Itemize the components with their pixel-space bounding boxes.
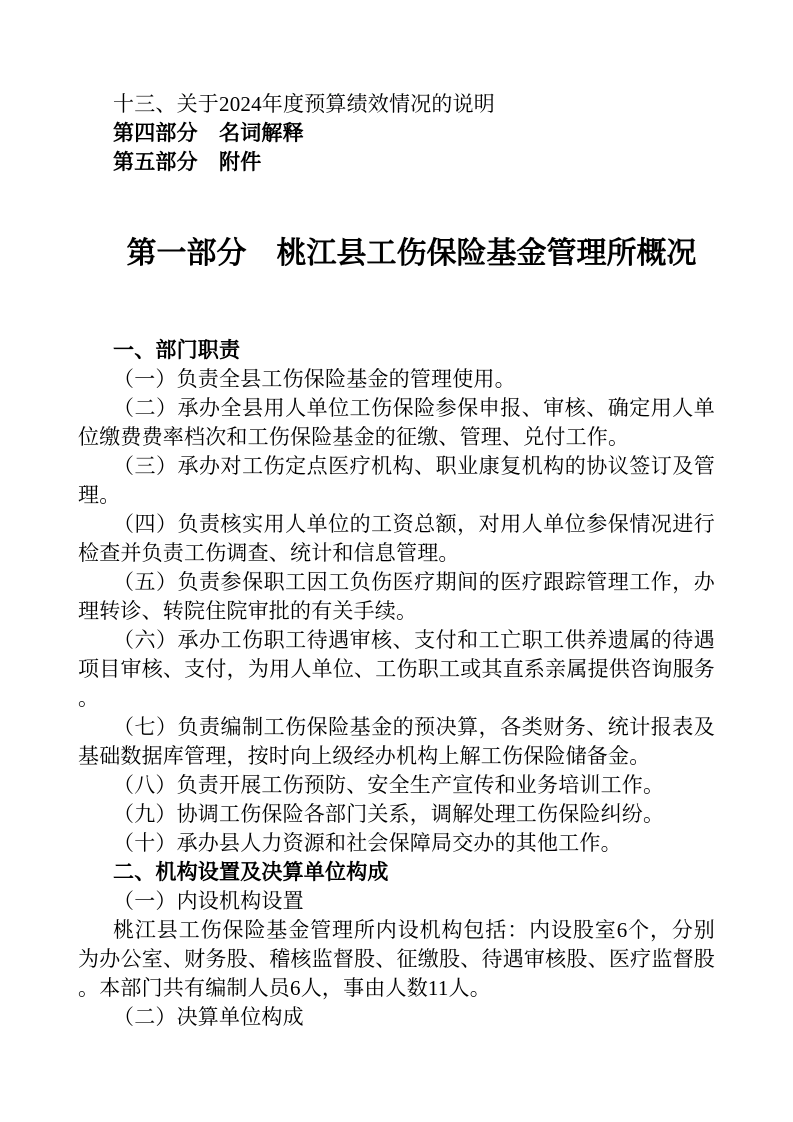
text-line: （七）负责编制工伤保险基金的预决算，各类财务、统计报表及 (78, 713, 715, 742)
text-line: 基础数据库管理，按时向上级经办机构上解工伤保险储备金。 (78, 742, 715, 771)
text-line: （二）决算单位构成 (78, 1003, 715, 1032)
text-line: （一）内设机构设置 (78, 887, 715, 916)
text-line: 项目审核、支付，为用人单位、工伤职工或其直系亲属提供咨询服务 (78, 655, 715, 684)
text-line: 。本部门共有编制人员6人，事由人数11人。 (78, 974, 715, 1003)
text-line: 二、机构设置及决算单位构成 (78, 858, 715, 887)
text-line: 。 (78, 684, 715, 713)
body-text-block: 一、部门职责（一）负责全县工伤保险基金的管理使用。（二）承办全县用人单位工伤保险… (78, 336, 715, 1032)
text-line: （六）承办工伤职工待遇审核、支付和工亡职工供养遗属的待遇 (78, 626, 715, 655)
text-line: 理。 (78, 481, 715, 510)
text-line: （一）负责全县工伤保险基金的管理使用。 (78, 365, 715, 394)
text-line: （八）负责开展工伤预防、安全生产宣传和业务培训工作。 (78, 771, 715, 800)
text-line: （四）负责核实用人单位的工资总额，对用人单位参保情况进行 (78, 510, 715, 539)
toc-tail-block: 十三、关于2024年度预算绩效情况的说明第四部分 名词解释第五部分 附件 (78, 0, 715, 177)
text-line: （三）承办对工伤定点医疗机构、职业康复机构的协议签订及管 (78, 452, 715, 481)
text-line: （九）协调工伤保险各部门关系，调解处理工伤保险纠纷。 (78, 800, 715, 829)
text-line: 为办公室、财务股、稽核监督股、征缴股、待遇审核股、医疗监督股 (78, 945, 715, 974)
text-line: （五）负责参保职工因工负伤医疗期间的医疗跟踪管理工作，办 (78, 568, 715, 597)
text-line: 理转诊、转院住院审批的有关手续。 (78, 597, 715, 626)
page-title: 第一部分 桃江县工伤保险基金管理所概况 (78, 234, 715, 274)
text-line: 检查并负责工伤调查、统计和信息管理。 (78, 539, 715, 568)
text-line: （十）承办县人力资源和社会保障局交办的其他工作。 (78, 829, 715, 858)
text-line: 一、部门职责 (78, 336, 715, 365)
text-line: 桃江县工伤保险基金管理所内设机构包括：内设股室6个，分别 (78, 916, 715, 945)
text-line: （二）承办全县用人单位工伤保险参保申报、审核、确定用人单 (78, 394, 715, 423)
document-page: 十三、关于2024年度预算绩效情况的说明第四部分 名词解释第五部分 附件 第一部… (0, 0, 793, 1122)
text-column: 十三、关于2024年度预算绩效情况的说明第四部分 名词解释第五部分 附件 第一部… (78, 0, 715, 1032)
text-line: 位缴费费率档次和工伤保险基金的征缴、管理、兑付工作。 (78, 423, 715, 452)
text-line: 第五部分 附件 (78, 148, 715, 177)
text-line: 第四部分 名词解释 (78, 119, 715, 148)
text-line: 十三、关于2024年度预算绩效情况的说明 (78, 90, 715, 119)
